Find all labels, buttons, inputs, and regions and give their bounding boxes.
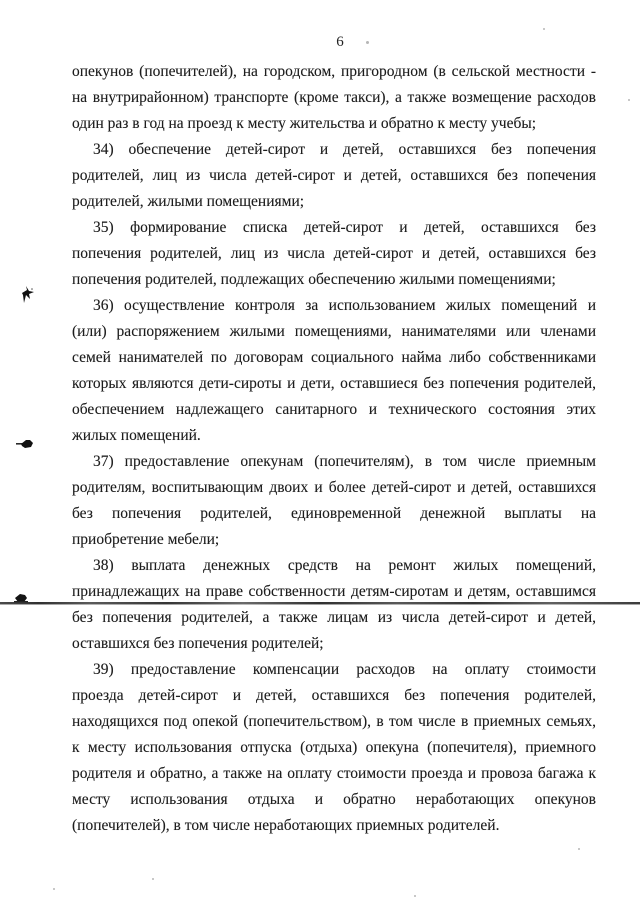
scan-speck — [392, 122, 394, 124]
text-line: родителям, воспитывающим двоих и более д… — [72, 475, 596, 501]
paragraph-continued-clause: опекунов (попечителей), на городском, пр… — [72, 59, 596, 137]
text-line: проезда детей-сирот и детей, оставшихся … — [72, 683, 596, 709]
text-line: 38) выплата денежных средств на ремонт ж… — [72, 553, 596, 579]
scan-speck — [152, 878, 154, 880]
text-line: приобретение мебели; — [72, 527, 596, 553]
text-line: 34) обеспечение детей-сирот и детей, ост… — [72, 137, 596, 163]
ink-blot-icon — [16, 438, 34, 456]
paragraph-clause-35: 35) формирование списка детей-сирот и де… — [72, 215, 596, 293]
scan-speck — [578, 848, 580, 850]
paragraph-clause-37: 37) предоставление опекунам (попечителям… — [72, 449, 596, 553]
scan-speck — [628, 99, 630, 101]
text-line: 36) осуществление контроля за использова… — [72, 293, 596, 319]
text-line: на внутрирайонном) транспорте (кроме так… — [72, 85, 596, 111]
text-line: находящихся под опекой (попечительством)… — [72, 709, 596, 735]
paragraph-clause-34: 34) обеспечение детей-сирот и детей, ост… — [72, 137, 596, 215]
scan-speck — [53, 888, 55, 890]
scan-speck — [414, 895, 416, 897]
text-line: без попечения родителей, единовременной … — [72, 501, 596, 527]
text-line: попечения родителей, лиц из числа детей-… — [72, 241, 596, 267]
page-number: 6 — [330, 34, 350, 51]
scan-fold-line — [0, 602, 640, 605]
scanned-document-page: 6 опекунов (попечителей), на городском, … — [0, 0, 640, 905]
text-line: семей нанимателей по договорам социально… — [72, 345, 596, 371]
paragraph-clause-39: 39) предоставление компенсации расходов … — [72, 657, 596, 839]
text-line: родителей, лиц из числа детей-сирот и де… — [72, 163, 596, 189]
text-line: один раз в год на проезд к месту жительс… — [72, 111, 596, 137]
text-line: 35) формирование списка детей-сирот и де… — [72, 215, 596, 241]
text-line: родителей, жилыми помещениями; — [72, 189, 596, 215]
paragraph-clause-36: 36) осуществление контроля за использова… — [72, 293, 596, 449]
document-body: опекунов (попечителей), на городском, пр… — [72, 59, 596, 839]
scan-speck — [251, 250, 253, 252]
text-line: 39) предоставление компенсации расходов … — [72, 657, 596, 683]
ink-blot-icon — [19, 286, 35, 309]
text-line: оставшихся без попечения родителей; — [72, 631, 596, 657]
text-line: опекунов (попечителей), на городском, пр… — [72, 59, 596, 85]
text-line: которых являются дети-сироты и дети, ост… — [72, 371, 596, 397]
text-line: к месту использования отпуска (отдыха) о… — [72, 735, 596, 761]
scan-speck — [366, 41, 369, 44]
text-line: обеспечением надлежащего санитарного и т… — [72, 397, 596, 423]
paragraph-clause-38: 38) выплата денежных средств на ремонт ж… — [72, 553, 596, 657]
text-line: жилых помещений. — [72, 423, 596, 449]
text-line: без попечения родителей, а также лицам и… — [72, 605, 596, 631]
ink-blot-icon — [14, 591, 29, 609]
scan-speck — [543, 28, 545, 30]
text-line: родителя и обратно, а также на оплату ст… — [72, 761, 596, 787]
text-line: 37) предоставление опекунам (попечителям… — [72, 449, 596, 475]
text-line: попечения родителей, подлежащих обеспече… — [72, 267, 596, 293]
text-line: (попечителей), в том числе неработающих … — [72, 813, 596, 839]
text-line: месту использования отдыха и обратно нер… — [72, 787, 596, 813]
text-line: (или) распоряжением жилыми помещениями, … — [72, 319, 596, 345]
